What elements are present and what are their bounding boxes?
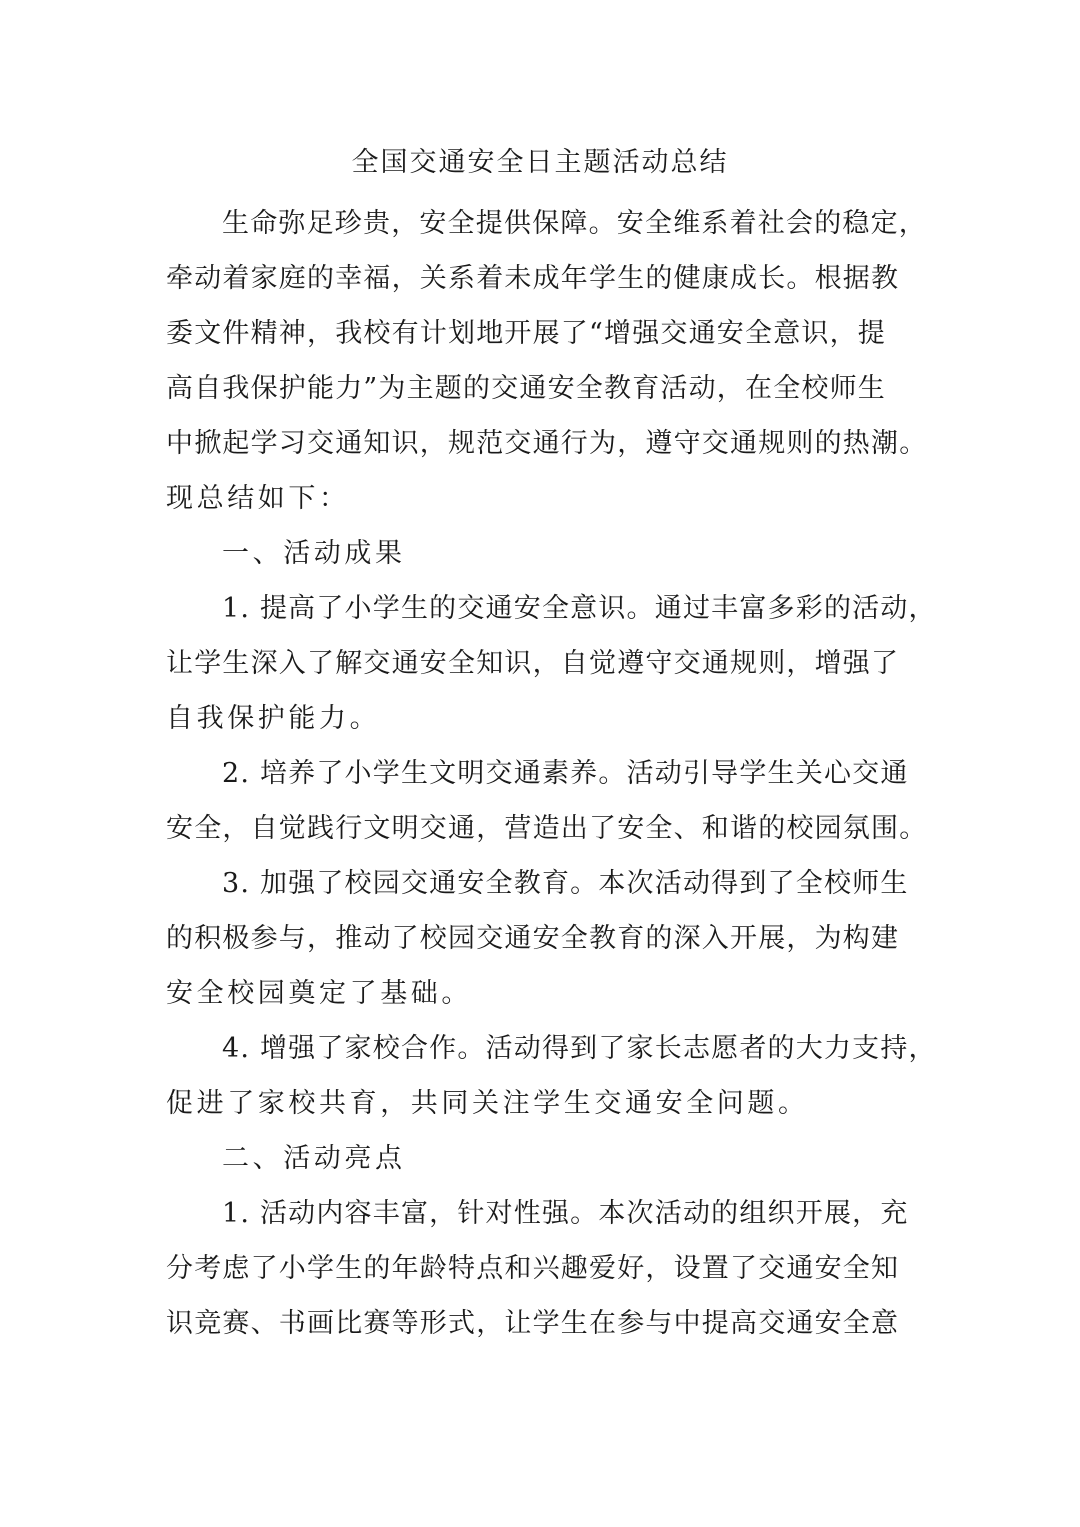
text-line: 4. 增强了家校合作。活动得到了家长志愿者的大力支持，	[166, 1021, 918, 1076]
text-line: 3. 加强了校园交通安全教育。本次活动得到了全校师生	[166, 856, 918, 911]
text-line: 识竞赛、书画比赛等形式，让学生在参与中提高交通安全意	[166, 1296, 918, 1351]
text-line: 现总结如下：	[166, 471, 918, 526]
document-body: 生命弥足珍贵，安全提供保障。安全维系着社会的稳定，牵动着家庭的幸福，关系着未成年…	[166, 196, 918, 1351]
text-line: 牵动着家庭的幸福，关系着未成年学生的健康成长。根据教	[166, 251, 918, 306]
text-line: 高自我保护能力”为主题的交通安全教育活动，在全校师生	[166, 361, 918, 416]
text-line: 二、活动亮点	[166, 1131, 918, 1186]
text-line: 生命弥足珍贵，安全提供保障。安全维系着社会的稳定，	[166, 196, 918, 251]
text-line: 安全，自觉践行文明交通，营造出了安全、和谐的校园氛围。	[166, 801, 918, 856]
text-line: 中掀起学习交通知识，规范交通行为，遵守交通规则的热潮。	[166, 416, 918, 471]
document-page: 全国交通安全日主题活动总结 生命弥足珍贵，安全提供保障。安全维系着社会的稳定，牵…	[0, 0, 1080, 1527]
text-line: 2. 培养了小学生文明交通素养。活动引导学生关心交通	[166, 746, 918, 801]
text-line: 一、活动成果	[166, 526, 918, 581]
text-line: 的积极参与，推动了校园交通安全教育的深入开展，为构建	[166, 911, 918, 966]
document-title: 全国交通安全日主题活动总结	[0, 143, 1080, 183]
text-line: 1. 活动内容丰富，针对性强。本次活动的组织开展，充	[166, 1186, 918, 1241]
text-line: 安全校园奠定了基础。	[166, 966, 918, 1021]
text-line: 委文件精神，我校有计划地开展了“增强交通安全意识，提	[166, 306, 918, 361]
text-line: 促进了家校共育，共同关注学生交通安全问题。	[166, 1076, 918, 1131]
text-line: 自我保护能力。	[166, 691, 918, 746]
text-line: 1. 提高了小学生的交通安全意识。通过丰富多彩的活动，	[166, 581, 918, 636]
text-line: 让学生深入了解交通安全知识，自觉遵守交通规则，增强了	[166, 636, 918, 691]
text-line: 分考虑了小学生的年龄特点和兴趣爱好，设置了交通安全知	[166, 1241, 918, 1296]
